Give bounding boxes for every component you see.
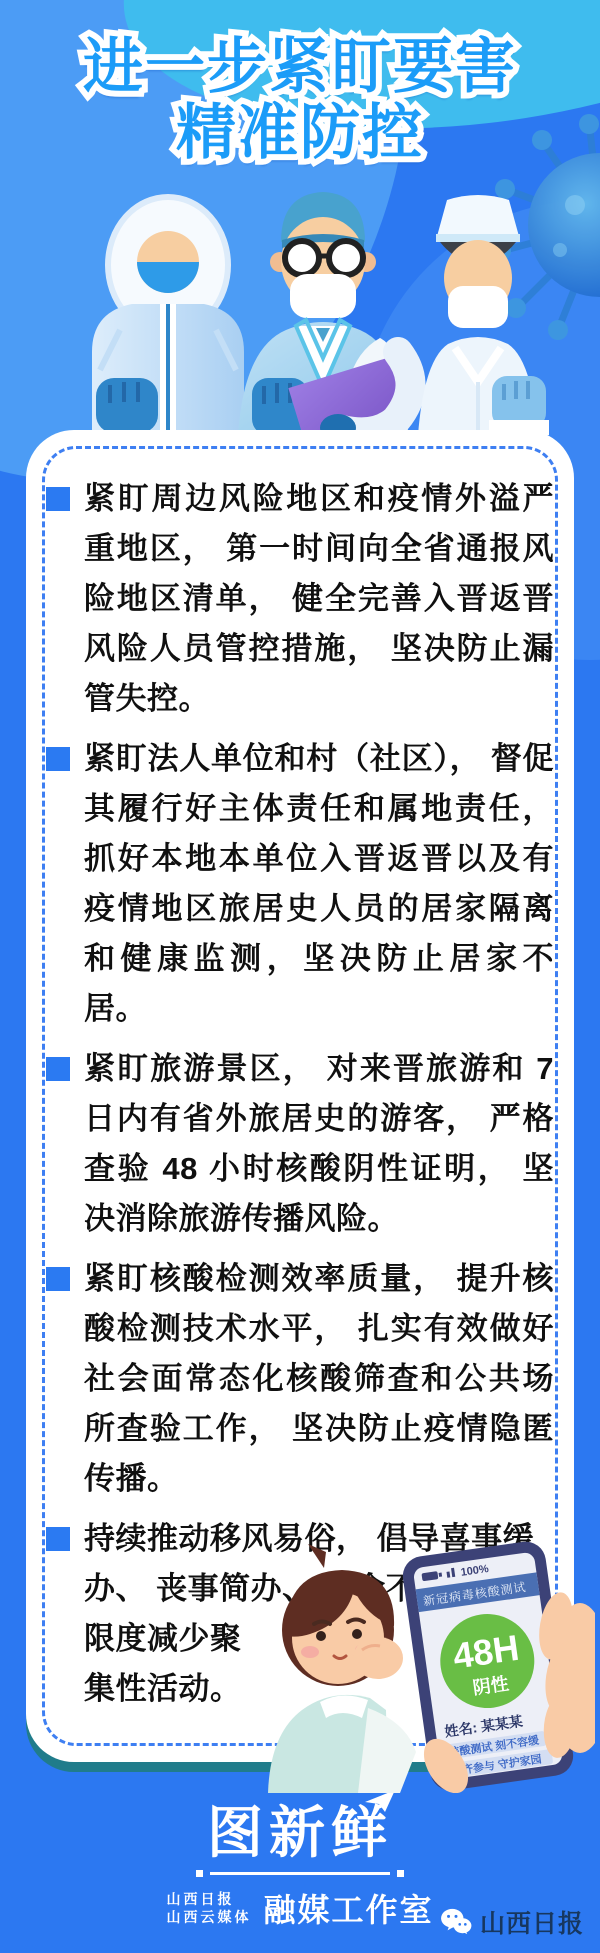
bullet-square-icon [46, 1267, 70, 1291]
bullet-text: 紧盯核酸检测效率质量， 提升核酸检测技术水平， 扎实有效做好社会面常态化核酸筛查… [84, 1254, 554, 1504]
bullet-square-icon [46, 1057, 70, 1081]
logo-divider [0, 1870, 600, 1877]
bullet-square-icon [46, 747, 70, 771]
title-line-1-text: 进一步紧盯要害 [83, 33, 517, 100]
wechat-icon [440, 1908, 472, 1936]
list-item: 紧盯核酸检测效率质量， 提升核酸检测技术水平， 扎实有效做好社会面常态化核酸筛查… [46, 1254, 554, 1504]
hazmat-worker-figure [92, 197, 244, 435]
org-line-1: 山西日报 [166, 1890, 251, 1908]
boy-with-phone-illustration: 100% 新冠病毒核酸测试 48H 阴性 姓名: 某某某 核酸测试 刻不容缓 齐… [250, 1538, 595, 1793]
bullet-text: 紧盯法人单位和村（社区）， 督促其履行好主体责任和属地责任，抓好本地本单位入晋返… [84, 734, 554, 1034]
bullet-square-icon [46, 487, 70, 511]
bullet-square-icon [46, 1527, 70, 1551]
list-item: 紧盯法人单位和村（社区）， 督促其履行好主体责任和属地责任，抓好本地本单位入晋返… [46, 734, 554, 1034]
divider-line [210, 1872, 390, 1875]
org-names: 山西日报 山西云媒体 [166, 1890, 251, 1926]
org-line-2: 山西云媒体 [166, 1908, 251, 1926]
title-line-2-text: 精准防控 [176, 99, 424, 166]
doctor-figure [238, 192, 416, 435]
title-line-1: 进一步紧盯要害 进一步紧盯要害 [0, 34, 600, 100]
bullet-text: 紧盯旅游景区， 对来晋旅游和 7 日内有省外旅居史的游客， 严格查验 48 小时… [84, 1044, 554, 1244]
page-title: 进一步紧盯要害 进一步紧盯要害 精准防控 精准防控 [0, 34, 600, 166]
list-item: 紧盯旅游景区， 对来晋旅游和 7 日内有省外旅居史的游客， 严格查验 48 小时… [46, 1044, 554, 1244]
list-item: 紧盯周边风险地区和疫情外溢严重地区， 第一时间向全省通报风险地区清单， 健全完善… [46, 474, 554, 724]
boy-figure [268, 1544, 416, 1793]
title-line-2: 精准防控 精准防控 [0, 100, 600, 166]
bullet-list: 紧盯周边风险地区和疫情外溢严重地区， 第一时间向全省通报风险地区清单， 健全完善… [46, 474, 554, 1724]
divider-dot [196, 1870, 203, 1877]
divider-dot [397, 1870, 404, 1877]
watermark: 山西日报 [440, 1904, 584, 1940]
logo-wordmark: 图新鲜 [207, 1802, 393, 1864]
studio-name: 融媒工作室 [263, 1885, 433, 1931]
watermark-text: 山西日报 [480, 1904, 584, 1940]
bullet-text: 紧盯周边风险地区和疫情外溢严重地区， 第一时间向全省通报风险地区清单， 健全完善… [84, 474, 554, 724]
